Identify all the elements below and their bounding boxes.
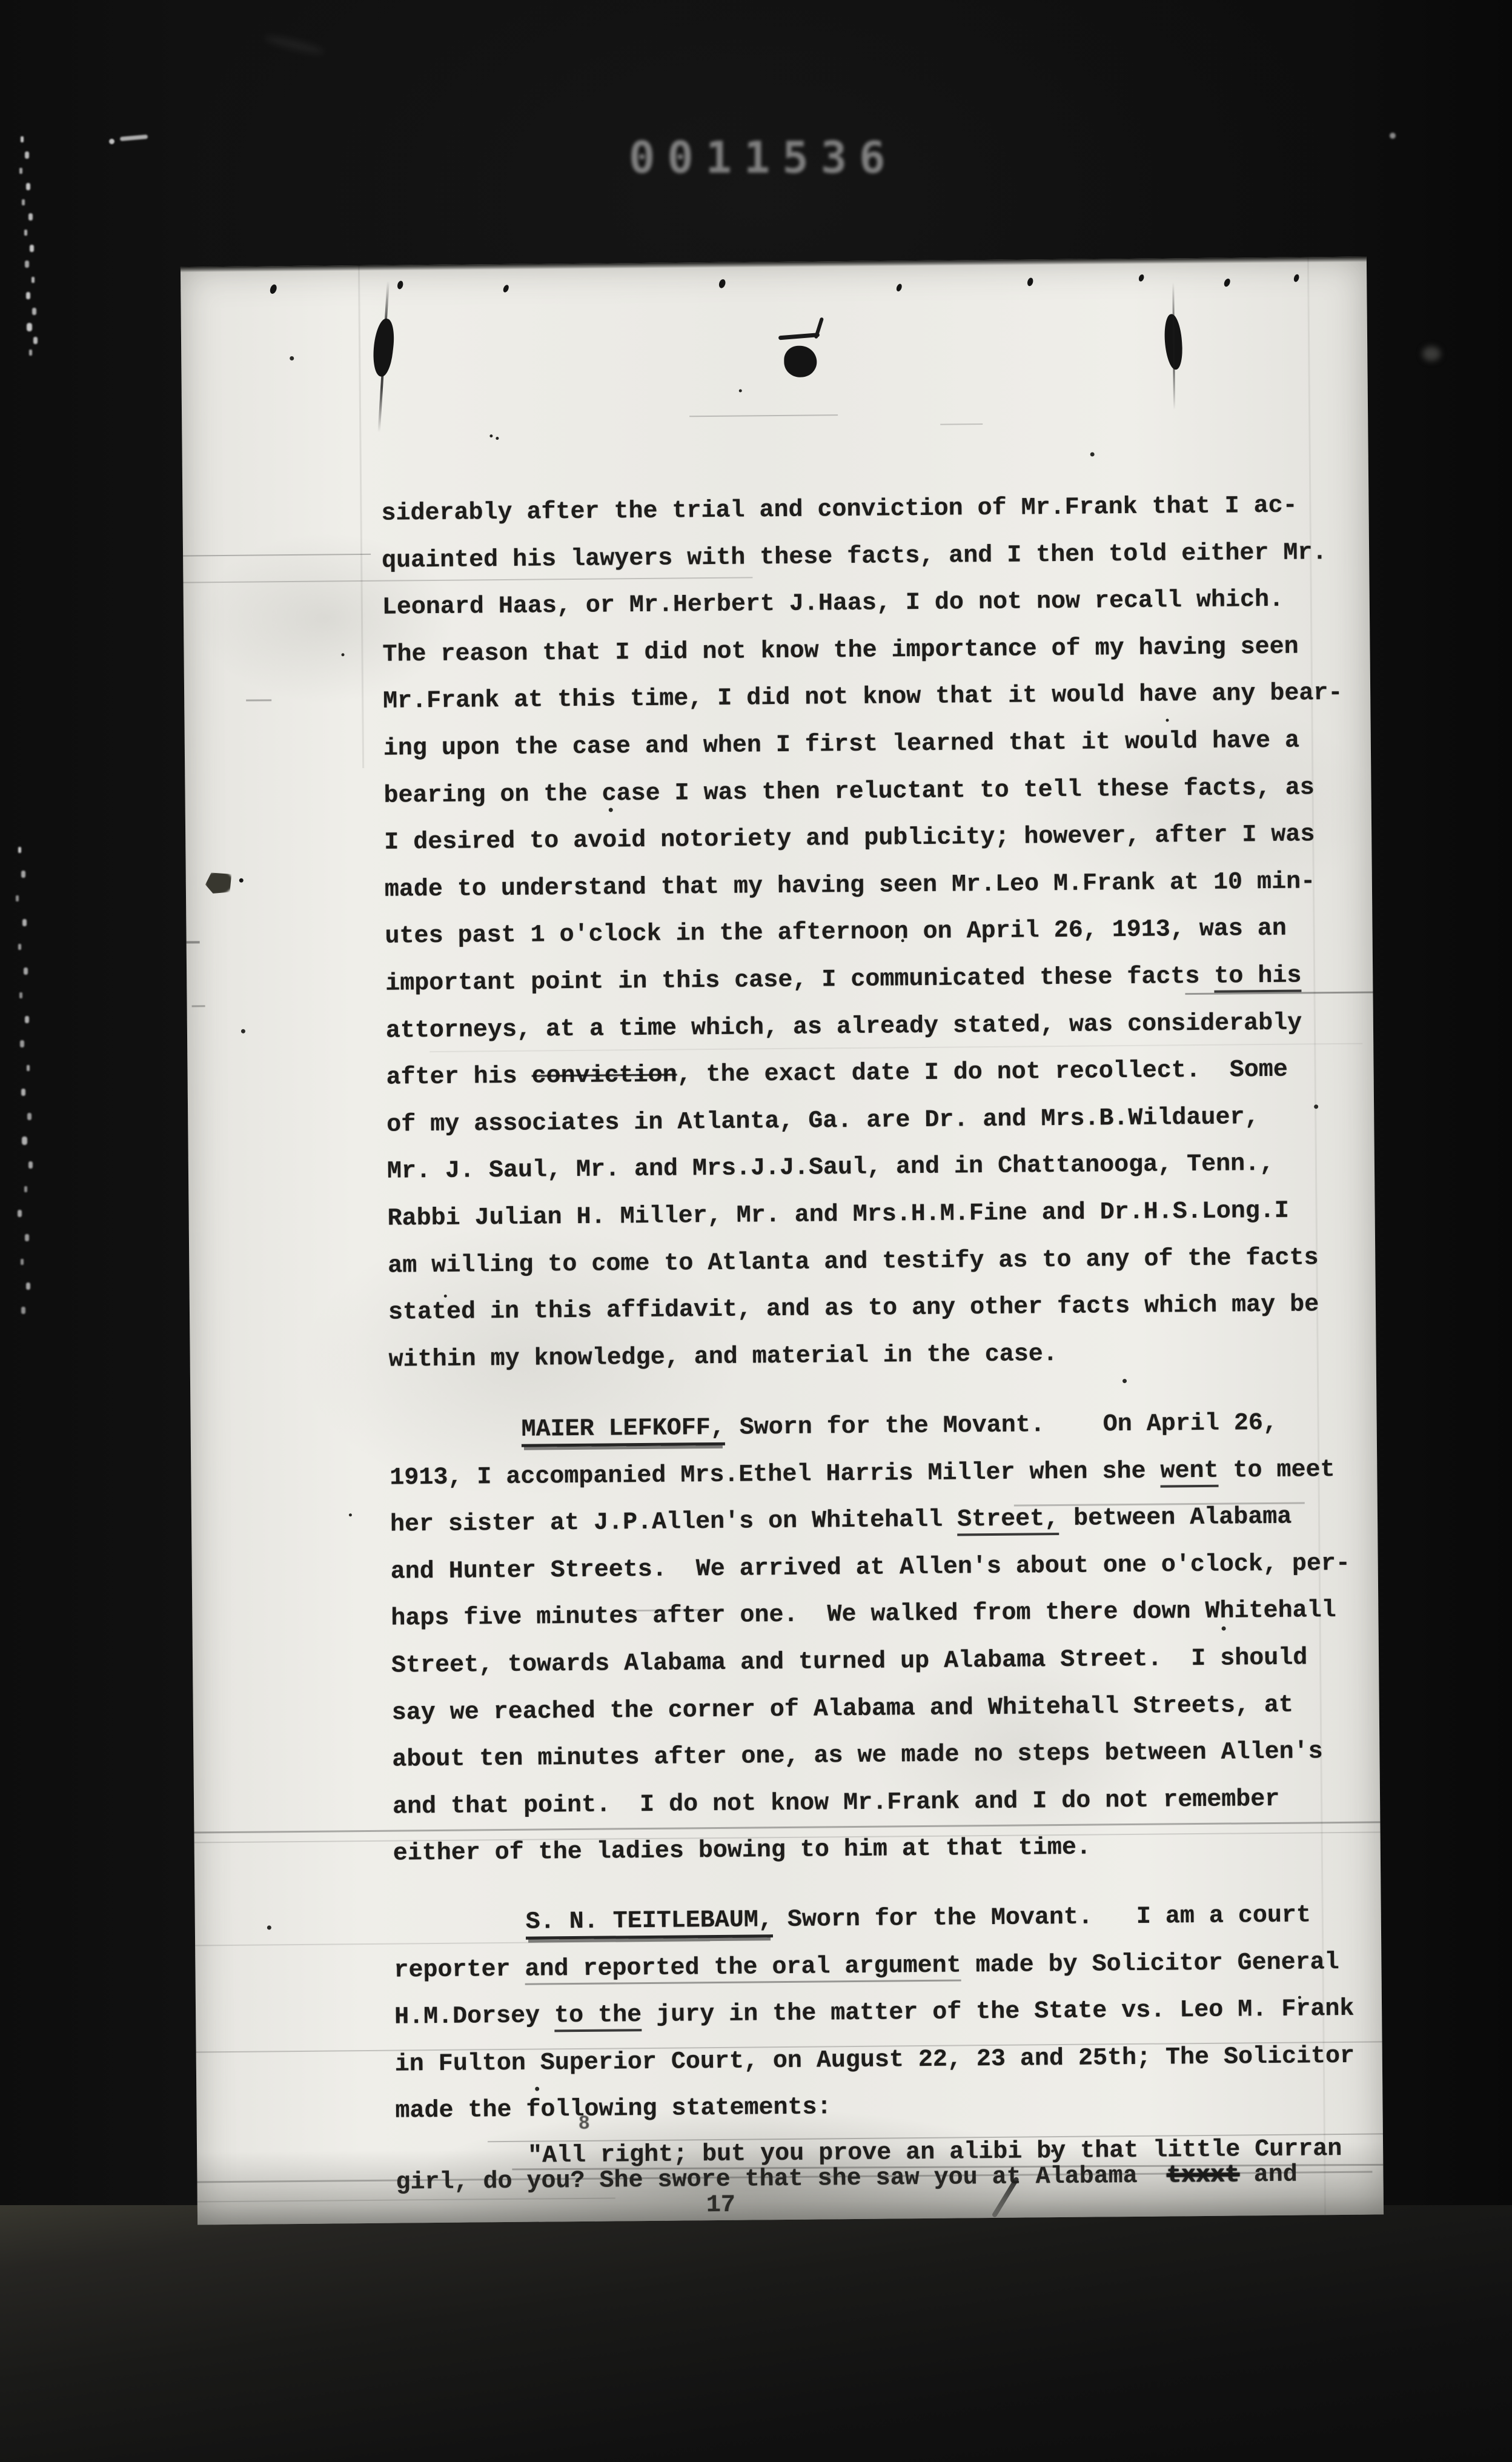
text-line: H.M.Dorsey to the jury in the matter of … bbox=[394, 1986, 1388, 2042]
text-line: S. N. TEITLEBAUM, Sworn for the Movant. … bbox=[393, 1891, 1387, 1947]
text-segment: attorneys, at a time which, as already s… bbox=[386, 1009, 1302, 1044]
text-segment: in Fulton Superior Court, on August 22, … bbox=[395, 2043, 1355, 2079]
text-segment: S. N. TEITLEBAUM, bbox=[526, 1906, 774, 1940]
ink-blot-center-hook bbox=[814, 317, 824, 339]
document-page: siderably after the trial and conviction… bbox=[181, 257, 1384, 2225]
text-segment: and bbox=[1239, 2162, 1298, 2189]
scratch-line bbox=[940, 423, 983, 425]
text-segment: went bbox=[1160, 1457, 1218, 1487]
vertical-crease bbox=[358, 265, 364, 768]
text-segment: am willing to come to Atlanta and testif… bbox=[388, 1244, 1319, 1279]
text-segment: to his bbox=[1214, 962, 1301, 992]
text-line: and Hunter Streets. We arrived at Allen'… bbox=[390, 1540, 1384, 1596]
text-segment: made to understand that my having seen M… bbox=[385, 868, 1316, 903]
ink-blot-right-tail bbox=[1172, 282, 1175, 410]
text-line: bearing on the case I was then reluctant… bbox=[383, 764, 1378, 820]
text-segment: Mr.Frank at this time, I did not know th… bbox=[383, 680, 1343, 715]
text-segment: either of the ladies bowing to him at th… bbox=[393, 1834, 1092, 1868]
stray-typed-mark: 8 bbox=[579, 2112, 591, 2135]
text-line: girl, do you? She swore that she saw you… bbox=[396, 2162, 1389, 2195]
teitlebaum-testimony-paragraph: S. N. TEITLEBAUM, Sworn for the Movant. … bbox=[393, 1891, 1388, 2135]
page-number: 17 bbox=[706, 2189, 736, 2223]
text-segment: within my knowledge, and material in the… bbox=[388, 1341, 1058, 1374]
text-segment: and that point. I do not know Mr.Frank a… bbox=[393, 1786, 1280, 1821]
text-segment: Leonard Haas, or Mr.Herbert J.Haas, I do… bbox=[382, 586, 1284, 622]
text-segment: reporter bbox=[394, 1956, 525, 1984]
scratch-line bbox=[187, 941, 200, 943]
text-segment: utes past 1 o'clock in the afternoon on … bbox=[385, 915, 1287, 951]
text-line: attorneys, at a time which, as already s… bbox=[386, 999, 1380, 1055]
text-segment: conviction bbox=[531, 1062, 677, 1090]
text-segment: bearing on the case I was then reluctant… bbox=[383, 774, 1315, 809]
text-line: within my knowledge, and material in the… bbox=[388, 1328, 1382, 1384]
film-frame-number: 0011536 bbox=[629, 132, 897, 183]
text-segment: stated in this affidavit, and as to any … bbox=[388, 1291, 1319, 1326]
text-segment: jury in the matter of the State vs. Leo … bbox=[642, 1996, 1354, 2029]
text-line: Street, towards Alabama and turned up Al… bbox=[391, 1634, 1385, 1690]
film-edge-scribbles-middle bbox=[18, 847, 21, 853]
speck-comma bbox=[502, 284, 510, 293]
film-bottom-shadow bbox=[0, 2205, 1512, 2462]
speck-comma bbox=[1293, 274, 1300, 283]
text-line: either of the ladies bowing to him at th… bbox=[393, 1822, 1387, 1878]
text-line: and that point. I do not know Mr.Frank a… bbox=[393, 1775, 1387, 1831]
text-line: I desired to avoid notoriety and publici… bbox=[384, 811, 1378, 867]
speck-comma bbox=[718, 279, 726, 289]
speck-comma bbox=[397, 280, 404, 290]
film-edge-scribbles-top bbox=[21, 136, 24, 142]
text-segment: "All right; but you prove an alibi by th… bbox=[528, 2135, 1342, 2170]
text-segment: and Hunter Streets. We arrived at Allen'… bbox=[391, 1550, 1351, 1586]
text-line: utes past 1 o'clock in the afternoon on … bbox=[385, 905, 1379, 961]
text-segment: after his bbox=[386, 1063, 531, 1092]
text-line: haps five minutes after one. We walked f… bbox=[391, 1587, 1385, 1643]
speck-comma bbox=[269, 284, 278, 294]
scratch-line bbox=[246, 699, 271, 701]
text-segment: 1913, I accompanied Mrs.Ethel Harris Mil… bbox=[390, 1458, 1161, 1491]
text-segment: to meet bbox=[1218, 1456, 1335, 1485]
scratch-line bbox=[192, 1005, 205, 1007]
text-segment: MAIER LEFKOFF, bbox=[522, 1415, 725, 1447]
scratch-line bbox=[689, 414, 838, 417]
text-segment: Rabbi Julian H. Miller, Mr. and Mrs.H.M.… bbox=[387, 1198, 1289, 1233]
quote-strike-line bbox=[512, 2164, 1383, 2171]
text-line: made the following statements: bbox=[395, 2080, 1389, 2135]
text-segment: Sworn for the Movant. I am a court bbox=[773, 1902, 1311, 1934]
ink-blot-left bbox=[371, 317, 397, 377]
pen-slash bbox=[992, 2176, 1020, 2218]
microfilm-scan: { "film": { "stamp_number": "0011536" },… bbox=[0, 0, 1512, 2462]
scratch-line bbox=[183, 554, 371, 557]
text-line: Mr. J. Saul, Mr. and Mrs.J.J.Saul, and i… bbox=[387, 1140, 1381, 1196]
ink-blot-center bbox=[784, 345, 817, 377]
text-line: Leonard Haas, or Mr.Herbert J.Haas, I do… bbox=[382, 576, 1376, 632]
text-line: about ten minutes after one, as we made … bbox=[392, 1728, 1386, 1783]
ink-blot-center-dash bbox=[778, 333, 820, 340]
text-segment: The reason that I did not know the impor… bbox=[382, 633, 1299, 668]
text-segment: Mr. J. Saul, Mr. and Mrs.J.J.Saul, and i… bbox=[387, 1150, 1275, 1186]
ink-blot-right bbox=[1163, 313, 1184, 370]
pen-squiggle-dot bbox=[239, 878, 244, 883]
text-line: siderably after the trial and conviction… bbox=[381, 482, 1375, 537]
text-segment: and reported the oral argument bbox=[525, 1952, 961, 1985]
speck-comma bbox=[1026, 277, 1033, 287]
text-segment: her sister at J.P.Allen's on Whitehall bbox=[390, 1507, 958, 1539]
speck-comma bbox=[1223, 277, 1232, 287]
text-segment: about ten minutes after one, as we made … bbox=[392, 1738, 1323, 1773]
text-line: after his conviction, the exact date I d… bbox=[386, 1046, 1380, 1102]
text-line: Mr.Frank at this time, I did not know th… bbox=[383, 670, 1377, 726]
text-line: The reason that I did not know the impor… bbox=[382, 623, 1376, 679]
text-line: made to understand that my having seen M… bbox=[385, 858, 1379, 914]
text-segment: to the bbox=[554, 2002, 642, 2032]
text-segment: I desired to avoid notoriety and publici… bbox=[384, 821, 1315, 856]
ink-blot-left-tail bbox=[378, 281, 390, 433]
text-segment: important point in this case, I communic… bbox=[385, 963, 1215, 998]
text-line: Rabbi Julian H. Miller, Mr. and Mrs.H.M.… bbox=[387, 1187, 1381, 1243]
text-segment: Sworn for the Movant. On April 26, bbox=[725, 1410, 1278, 1442]
text-segment: quainted his lawyers with these facts, a… bbox=[382, 539, 1327, 575]
text-line: am willing to come to Atlanta and testif… bbox=[388, 1234, 1382, 1290]
scratch-line bbox=[197, 2197, 615, 2202]
text-segment: Street, bbox=[957, 1505, 1059, 1536]
text-segment: made by Solicitor General bbox=[961, 1949, 1339, 1979]
pen-squiggle bbox=[203, 869, 235, 897]
affidavit-continuation-paragraph: siderably after the trial and conviction… bbox=[381, 482, 1382, 1384]
solicitor-quote-paragraph: "All right; but you prove an alibi by th… bbox=[396, 2136, 1390, 2195]
text-segment: H.M.Dorsey bbox=[394, 2003, 554, 2031]
text-segment: Street, towards Alabama and turned up Al… bbox=[391, 1644, 1308, 1679]
text-segment: siderably after the trial and conviction… bbox=[381, 493, 1298, 528]
text-line: of my associates in Atlanta, Ga. are Dr.… bbox=[386, 1093, 1381, 1149]
text-line: quainted his lawyers with these facts, a… bbox=[382, 529, 1376, 585]
text-segment: girl, do you? She swore that she saw you… bbox=[396, 2163, 1167, 2197]
full-width-line bbox=[197, 2171, 1373, 2183]
text-segment: of my associates in Atlanta, Ga. are Dr.… bbox=[386, 1104, 1259, 1139]
dust-specks bbox=[489, 434, 492, 437]
text-line: her sister at J.P.Allen's on Whitehall S… bbox=[390, 1493, 1384, 1549]
text-line: important point in this case, I communic… bbox=[385, 952, 1379, 1007]
text-segment: say we reached the corner of Alabama and… bbox=[392, 1691, 1294, 1727]
text-segment: ing upon the case and when I first learn… bbox=[383, 727, 1300, 762]
speck-comma bbox=[895, 283, 903, 292]
text-line: ing upon the case and when I first learn… bbox=[383, 717, 1378, 772]
lefkoff-testimony-paragraph: MAIER LEFKOFF, Sworn for the Movant. On … bbox=[389, 1399, 1387, 1877]
text-segment: , the exact date I do not recollect. Som… bbox=[677, 1057, 1288, 1089]
text-line: stated in this affidavit, and as to any … bbox=[388, 1281, 1382, 1336]
text-segment: between Alabama bbox=[1059, 1504, 1291, 1533]
text-line: 1913, I accompanied Mrs.Ethel Harris Mil… bbox=[390, 1446, 1384, 1502]
text-segment: made the following statements: bbox=[395, 2094, 831, 2125]
text-segment: haps five minutes after one. We walked f… bbox=[391, 1597, 1336, 1633]
speck-comma bbox=[1138, 274, 1145, 282]
text-line: say we reached the corner of Alabama and… bbox=[391, 1681, 1385, 1737]
text-line: "All right; but you prove an alibi by th… bbox=[396, 2136, 1389, 2170]
text-segment: txxxt bbox=[1167, 2162, 1239, 2189]
text-line: in Fulton Superior Court, on August 22, … bbox=[395, 2032, 1389, 2088]
text-line: reporter and reported the oral argument … bbox=[394, 1939, 1388, 1994]
text-line: MAIER LEFKOFF, Sworn for the Movant. On … bbox=[389, 1399, 1383, 1455]
